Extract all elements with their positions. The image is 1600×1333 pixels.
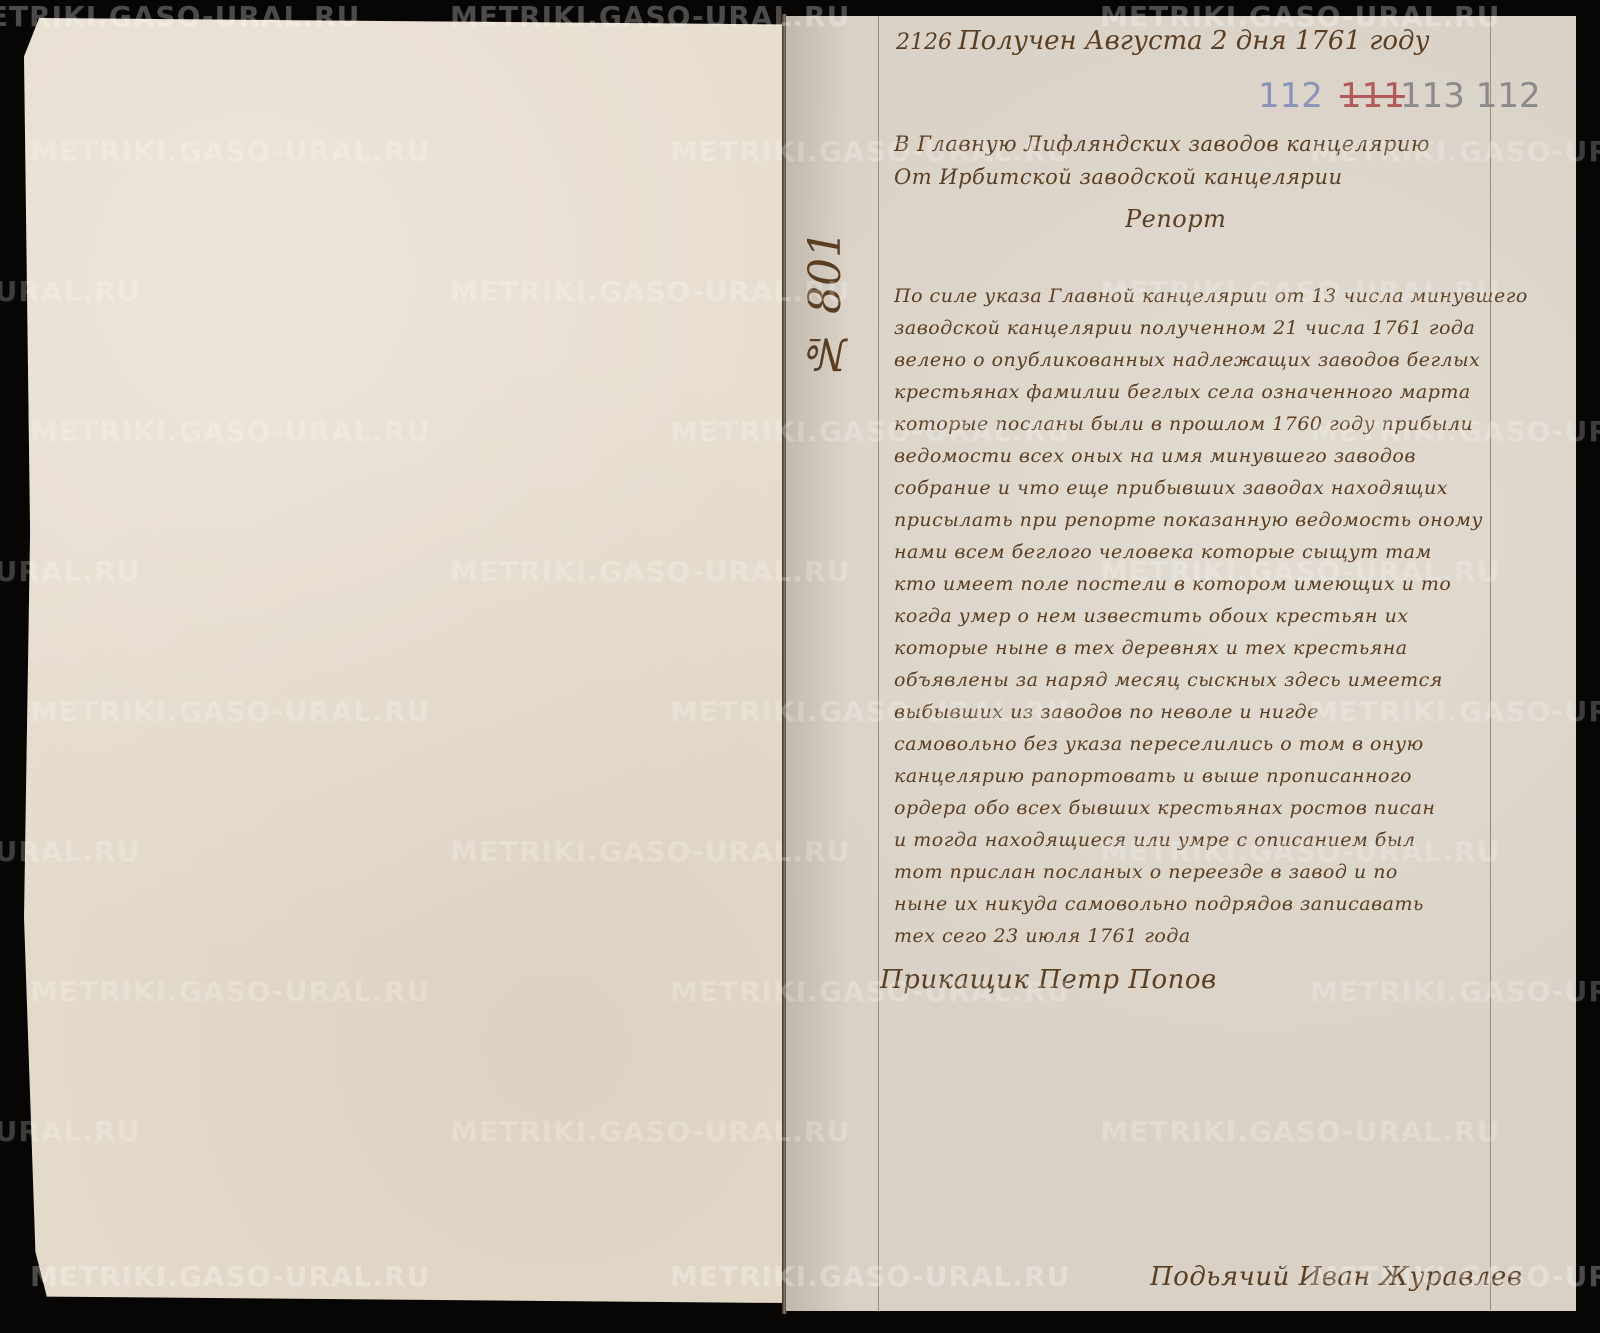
received-date-note: Получен Августа 2 дня 1761 году bbox=[958, 26, 1430, 56]
body-line: канцелярию рапортовать и выше прописанно… bbox=[894, 765, 1534, 787]
body-line: выбывших из заводов по неволе и нигде bbox=[894, 701, 1534, 723]
body-line: присылать при репорте показанную ведомос… bbox=[894, 509, 1534, 531]
pencil-number-red: 111 bbox=[1340, 76, 1405, 116]
body-line: когда умер о нем известить обоих крестья… bbox=[894, 605, 1534, 627]
body-line: По силе указа Главной канцелярии от 13 ч… bbox=[894, 285, 1534, 307]
body-line: заводской канцелярии полученном 21 числа… bbox=[894, 317, 1534, 339]
body-line: ведомости всех оных на имя минувшего зав… bbox=[894, 445, 1534, 467]
address-line-1: В Главную Лифляндских заводов канцелярию bbox=[894, 132, 1534, 156]
left-margin-rule bbox=[878, 16, 879, 1311]
document-heading: Репорт bbox=[1125, 205, 1600, 233]
body-line: кто имеет поле постели в котором имеющих… bbox=[894, 573, 1534, 595]
folio-pencil-number: 113 112 bbox=[1400, 76, 1541, 116]
address-line-2: От Ирбитской заводской канцелярии bbox=[894, 165, 1534, 189]
body-line: велено о опубликованных надлежащих завод… bbox=[894, 349, 1534, 371]
body-line: ныне их никуда самовольно подрядов запис… bbox=[894, 893, 1534, 915]
signature-clerk: Прикащик Петр Попов bbox=[880, 965, 1520, 995]
body-line: самовольно без указа переселились о том … bbox=[894, 733, 1534, 755]
folio-number-ink: 2126 bbox=[896, 30, 952, 55]
body-line: которые ныне в тех деревнях и тех кресть… bbox=[894, 637, 1534, 659]
body-line: тот прислан посланых о переезде в завод … bbox=[894, 861, 1534, 883]
body-line: и тогда находящиеся или умре с описанием… bbox=[894, 829, 1534, 851]
left-page-blank bbox=[24, 18, 784, 1303]
body-line: ордера обо всех бывших крестьянах ростов… bbox=[894, 797, 1534, 819]
pencil-number-blue: 112 bbox=[1258, 76, 1323, 116]
body-line: объявлены за наряд месяц сыскных здесь и… bbox=[894, 669, 1534, 691]
body-line: которые посланы были в прошлом 1760 году… bbox=[894, 413, 1534, 435]
body-line: тех сего 23 июля 1761 года bbox=[894, 925, 1534, 947]
margin-note: № 801 bbox=[800, 230, 851, 379]
body-line: крестьянах фамилии беглых села означенно… bbox=[894, 381, 1534, 403]
body-line: нами всем беглого человека которые сыщут… bbox=[894, 541, 1534, 563]
body-line: собрание и что еще прибывших заводах нах… bbox=[894, 477, 1534, 499]
signature-scribe: Подьячий Иван Журавлев bbox=[1150, 1262, 1550, 1292]
